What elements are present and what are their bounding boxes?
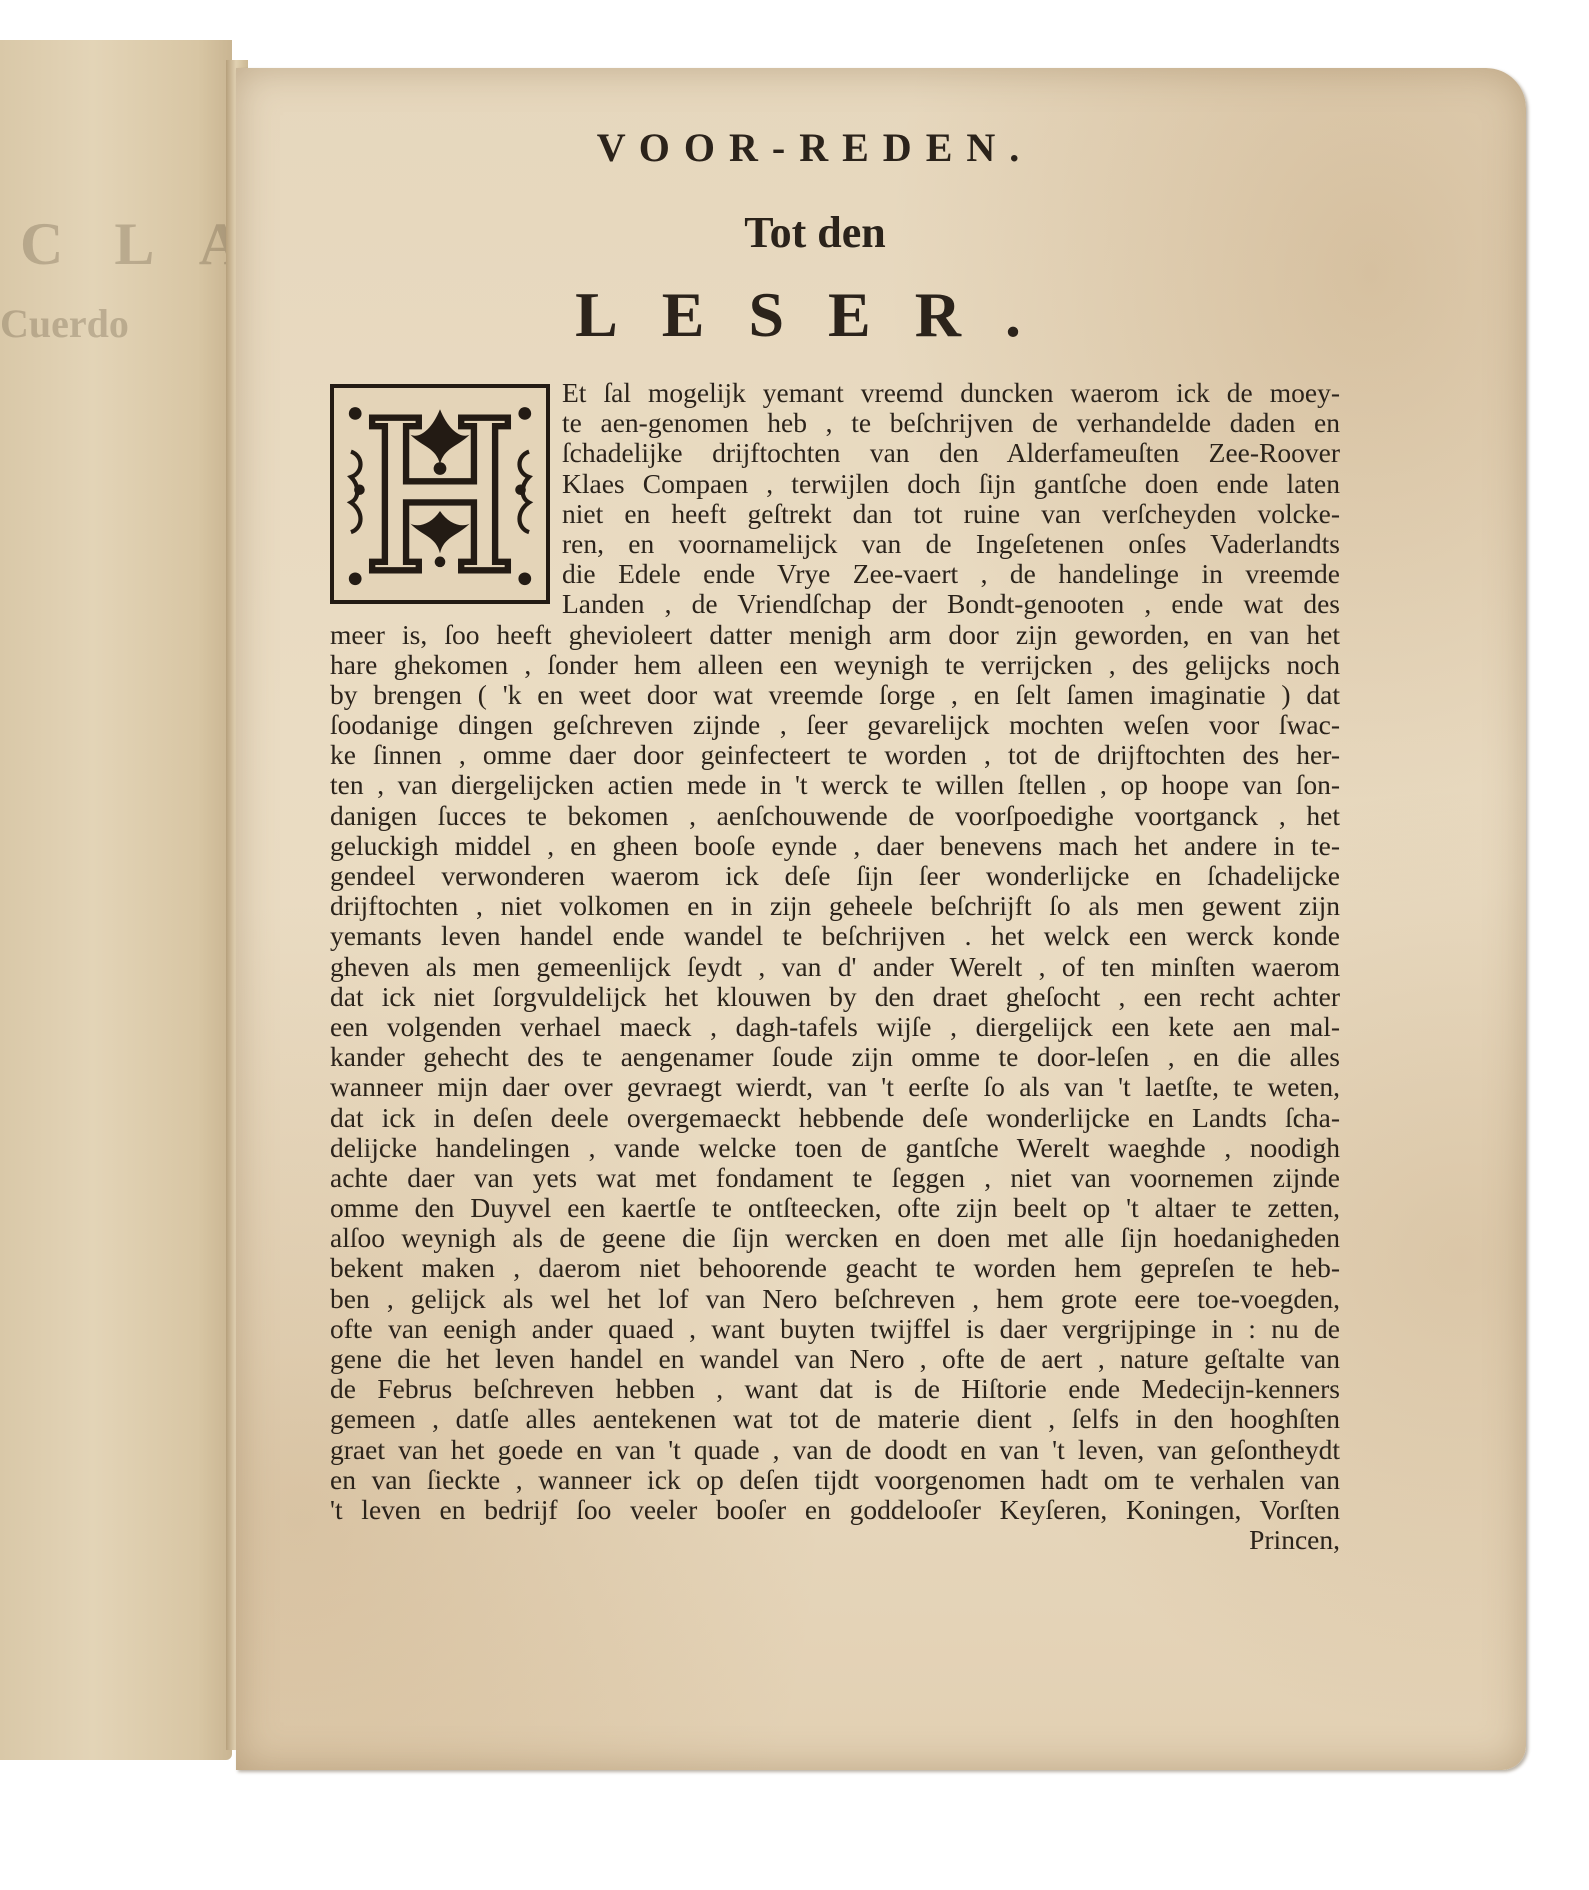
text-line: de Februs beſchreven hebben , want dat i… (330, 1374, 1340, 1404)
text-line: alſoo weynigh als de geene die ſijn werc… (330, 1223, 1340, 1253)
left-page: C L A Cuerdo (0, 40, 232, 1760)
decorated-initial-h-icon (330, 384, 550, 604)
text-line: gemeen , datſe alles aentekenen wat tot … (330, 1404, 1340, 1434)
text-line: wanneer mijn daer over gevraegt wierdt, … (330, 1072, 1340, 1102)
text-line: dat ick niet ſorgvuldelijck het klouwen … (330, 982, 1340, 1012)
text-line: omme den Duyvel een kaertſe te ontſteeck… (330, 1193, 1340, 1223)
bleed-through-text: C L A (20, 210, 260, 279)
text-line: hare ghekomen , ſonder hem alleen een we… (330, 650, 1340, 680)
body-text: Et ſal mogelijk yemant vreemd duncken wa… (330, 378, 1340, 1555)
text-line: bekent maken , daerom niet behoorende ge… (330, 1253, 1340, 1283)
catchword: Princen, (330, 1525, 1340, 1555)
text-line: achte daer van yets wat met fondament te… (330, 1163, 1340, 1193)
text-line: dat ick in deſen deele overgemaeckt hebb… (330, 1103, 1340, 1133)
text-line: ben , gelijck als wel het lof van Nero b… (330, 1284, 1340, 1314)
text-line: graet van het goede en van 't quade , va… (330, 1435, 1340, 1465)
text-line: gendeel verwonderen waerom ick deſe ſijn… (330, 861, 1340, 891)
text-line: ofte van eenigh ander quaed , want buyte… (330, 1314, 1340, 1344)
text-line: een volgenden verhael maeck , dagh-tafel… (330, 1012, 1340, 1042)
bleed-through-text: Cuerdo (0, 300, 129, 347)
sub-heading: Tot den (290, 207, 1340, 258)
text-line: 't leven en bedrijf ſoo veeler booſer en… (330, 1495, 1340, 1525)
text-line: yemants leven handel ende wandel te beſc… (330, 921, 1340, 951)
text-line: geluckigh middel , en gheen booſe eynde … (330, 831, 1340, 861)
text-line: en van ſieckte , wanneer ick op deſen ti… (330, 1465, 1340, 1495)
text-line: kander gehecht des te aengenamer ſoude z… (330, 1042, 1340, 1072)
text-line: gheven als men gemeenlijck ſeydt , van d… (330, 952, 1340, 982)
text-line: delijcke handelingen , vande welcke toen… (330, 1133, 1340, 1163)
text-line: by brengen ( 'k en weet door wat vreemde… (330, 680, 1340, 710)
text-line: ke ſinnen , omme daer door geinfecteert … (330, 740, 1340, 770)
running-head: VOOR-REDEN. (290, 124, 1340, 171)
text-line: danigen ſucces te bekomen , aenſchouwend… (330, 801, 1340, 831)
text-line: ſoodanige dingen geſchreven zijnde , ſee… (330, 710, 1340, 740)
text-line: ten , van diergelijcken actien mede in '… (330, 770, 1340, 800)
text-line: drijftochten , niet volkomen en in zijn … (330, 891, 1340, 921)
page-text-block: VOOR-REDEN. Tot den LESER. (330, 110, 1340, 1555)
text-line: gene die het leven handel en wandel van … (330, 1344, 1340, 1374)
page-title: LESER. (300, 278, 1340, 352)
text-line: meer is, ſoo heeft ghevioleert datter me… (330, 620, 1340, 650)
